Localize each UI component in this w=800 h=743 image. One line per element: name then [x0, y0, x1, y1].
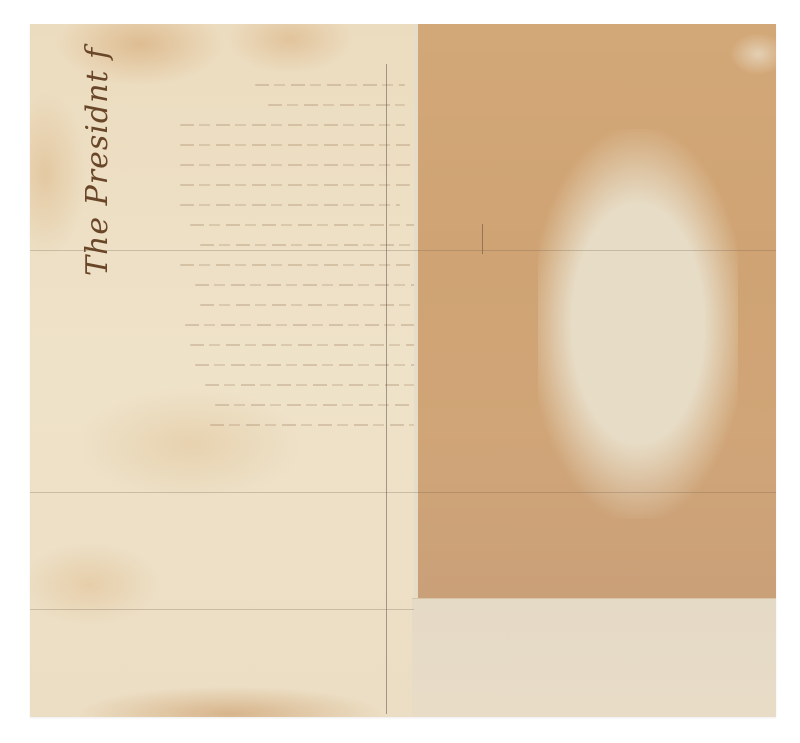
horizontal-fold-line	[30, 609, 414, 610]
horizontal-fold-line	[30, 250, 776, 251]
docket-inscription: The Presidnt f	[80, 47, 115, 276]
bleed-through-text	[180, 84, 430, 444]
document-sheet: The Presidnt f	[30, 24, 776, 717]
lower-paper-flap	[412, 598, 776, 717]
vertical-fold-line	[386, 64, 387, 714]
horizontal-fold-line	[30, 492, 776, 493]
pale-unstained-area	[538, 129, 738, 519]
